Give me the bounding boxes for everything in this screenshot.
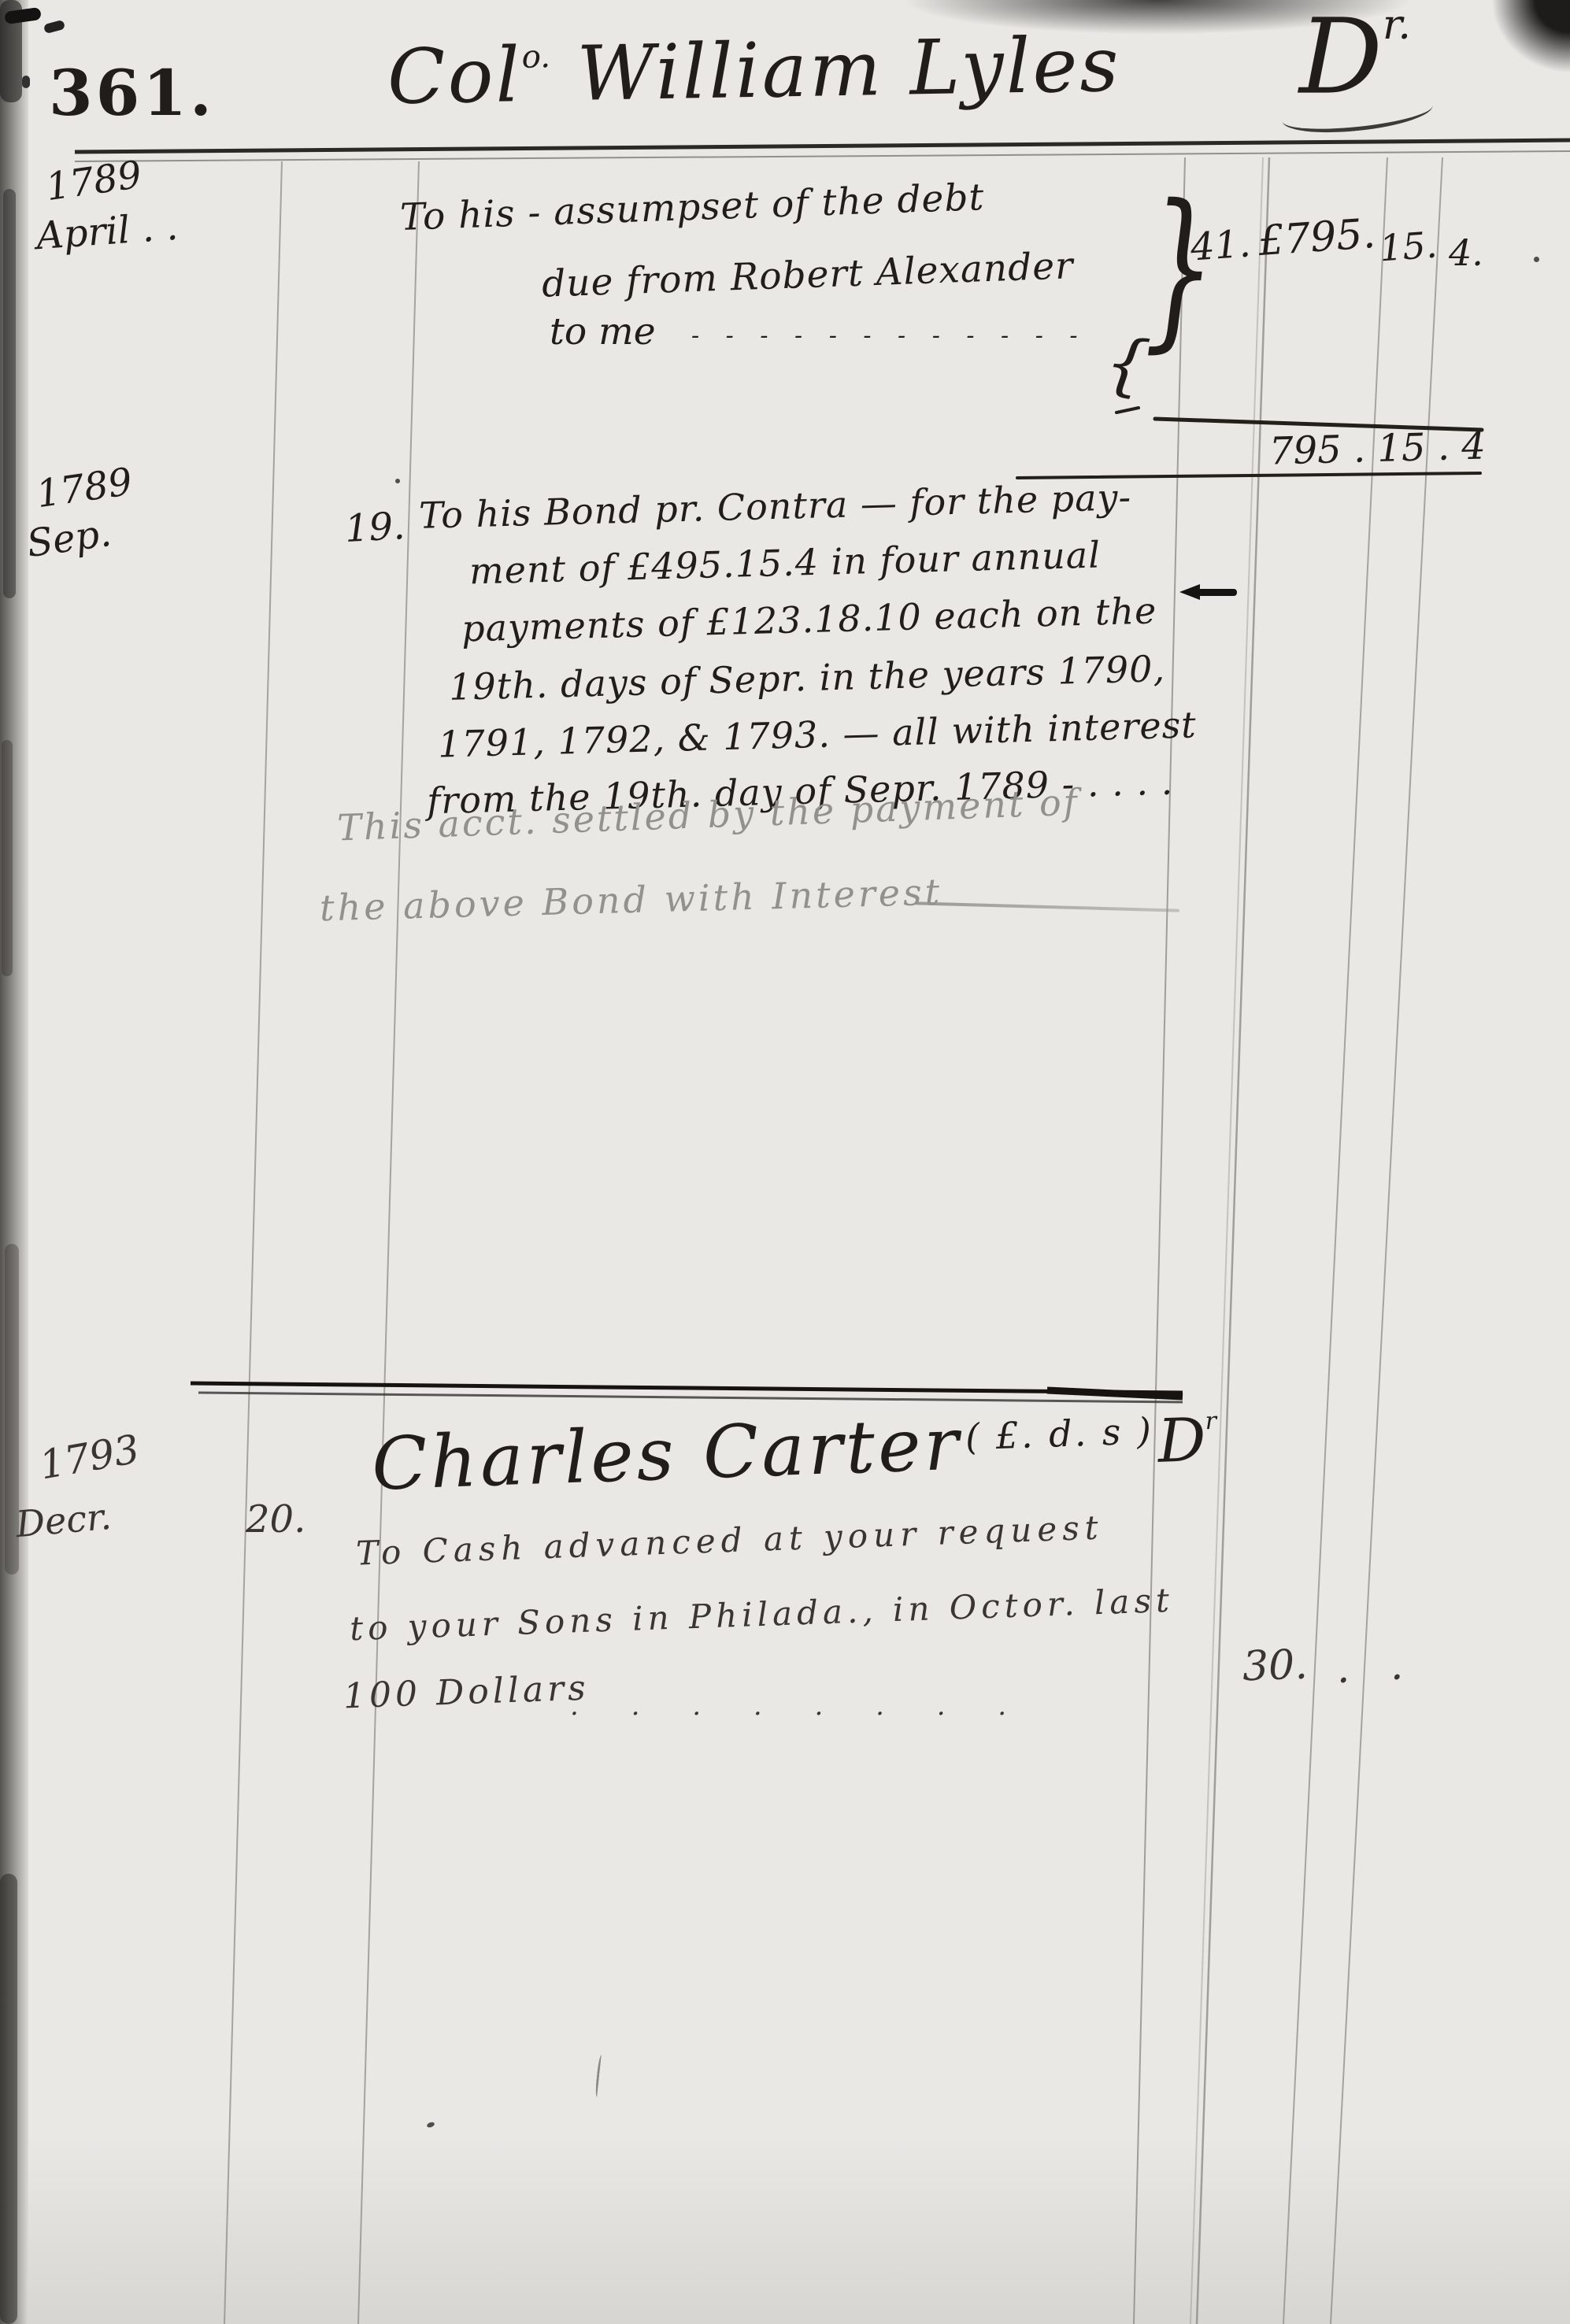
amount-shillings: 15. (1378, 227, 1438, 267)
pence-column-rule (1331, 157, 1442, 2324)
debit-symbol: Dr. (1299, 5, 1411, 109)
amount-pence: 4. (1449, 235, 1483, 271)
folio-reference: 41. (1189, 224, 1252, 266)
pounds-column-rule-inner (1190, 157, 1263, 2324)
amount-pounds: £795. (1257, 213, 1376, 262)
sub-account-parenthetical: ( £. d. s ) (965, 1409, 1154, 1458)
leader-dashes: - - - - - - - - - - - - (691, 324, 1087, 348)
shillings-column-rule (1283, 157, 1387, 2324)
amount-pence: . (1390, 1645, 1404, 1686)
entry-day: 19. (344, 507, 406, 548)
entry-day: 20. (246, 1501, 305, 1538)
account-divider-top (191, 1383, 1183, 1393)
entry-text-line: 100 Dollars (343, 1671, 590, 1715)
tick-mark (1116, 408, 1139, 413)
sub-account-debit-d: D (1157, 1404, 1207, 1476)
sub-account-debit-symbol: Dr (1157, 1404, 1219, 1476)
sub-account-debit-r: r (1205, 1408, 1217, 1435)
account-title-superscript: o. (521, 38, 550, 76)
date-column-rule (224, 161, 282, 2324)
title-rule-thin (75, 151, 1570, 161)
ink-speck (1534, 257, 1539, 262)
leader-dots: . . . . . . . . (570, 1693, 1028, 1719)
account-title-prefix: Col (387, 31, 523, 121)
folio-column-rule (1134, 157, 1185, 2324)
ink-speck (395, 479, 400, 483)
pointer-mark (1179, 584, 1237, 600)
ledger-page: 361. Colo. William Lyles Dr. 1789 April … (0, 0, 1570, 2324)
account-title-name: William Lyles (576, 20, 1122, 118)
entry-month: Sep. (24, 514, 113, 563)
amount-pounds: 30. (1242, 1645, 1308, 1688)
amount-shillings: . (1337, 1649, 1350, 1689)
title-rule-heavy (75, 140, 1570, 152)
entry-text-line: to me (550, 313, 656, 350)
account-divider-bottom (198, 1393, 1183, 1402)
subtotal-amount: 795 . 15 . 4 (1268, 427, 1486, 470)
pointer-shaft (1198, 589, 1237, 596)
entry-month: April . . (35, 208, 180, 255)
account-title: Colo. William Lyles (387, 27, 1121, 115)
day-column-rule (358, 161, 419, 2324)
debit-symbol-r: r. (1383, 1, 1411, 49)
page-number: 361. (49, 61, 215, 124)
pounds-column-rule (1197, 157, 1269, 2324)
entry-month: Decr. (14, 1498, 113, 1542)
